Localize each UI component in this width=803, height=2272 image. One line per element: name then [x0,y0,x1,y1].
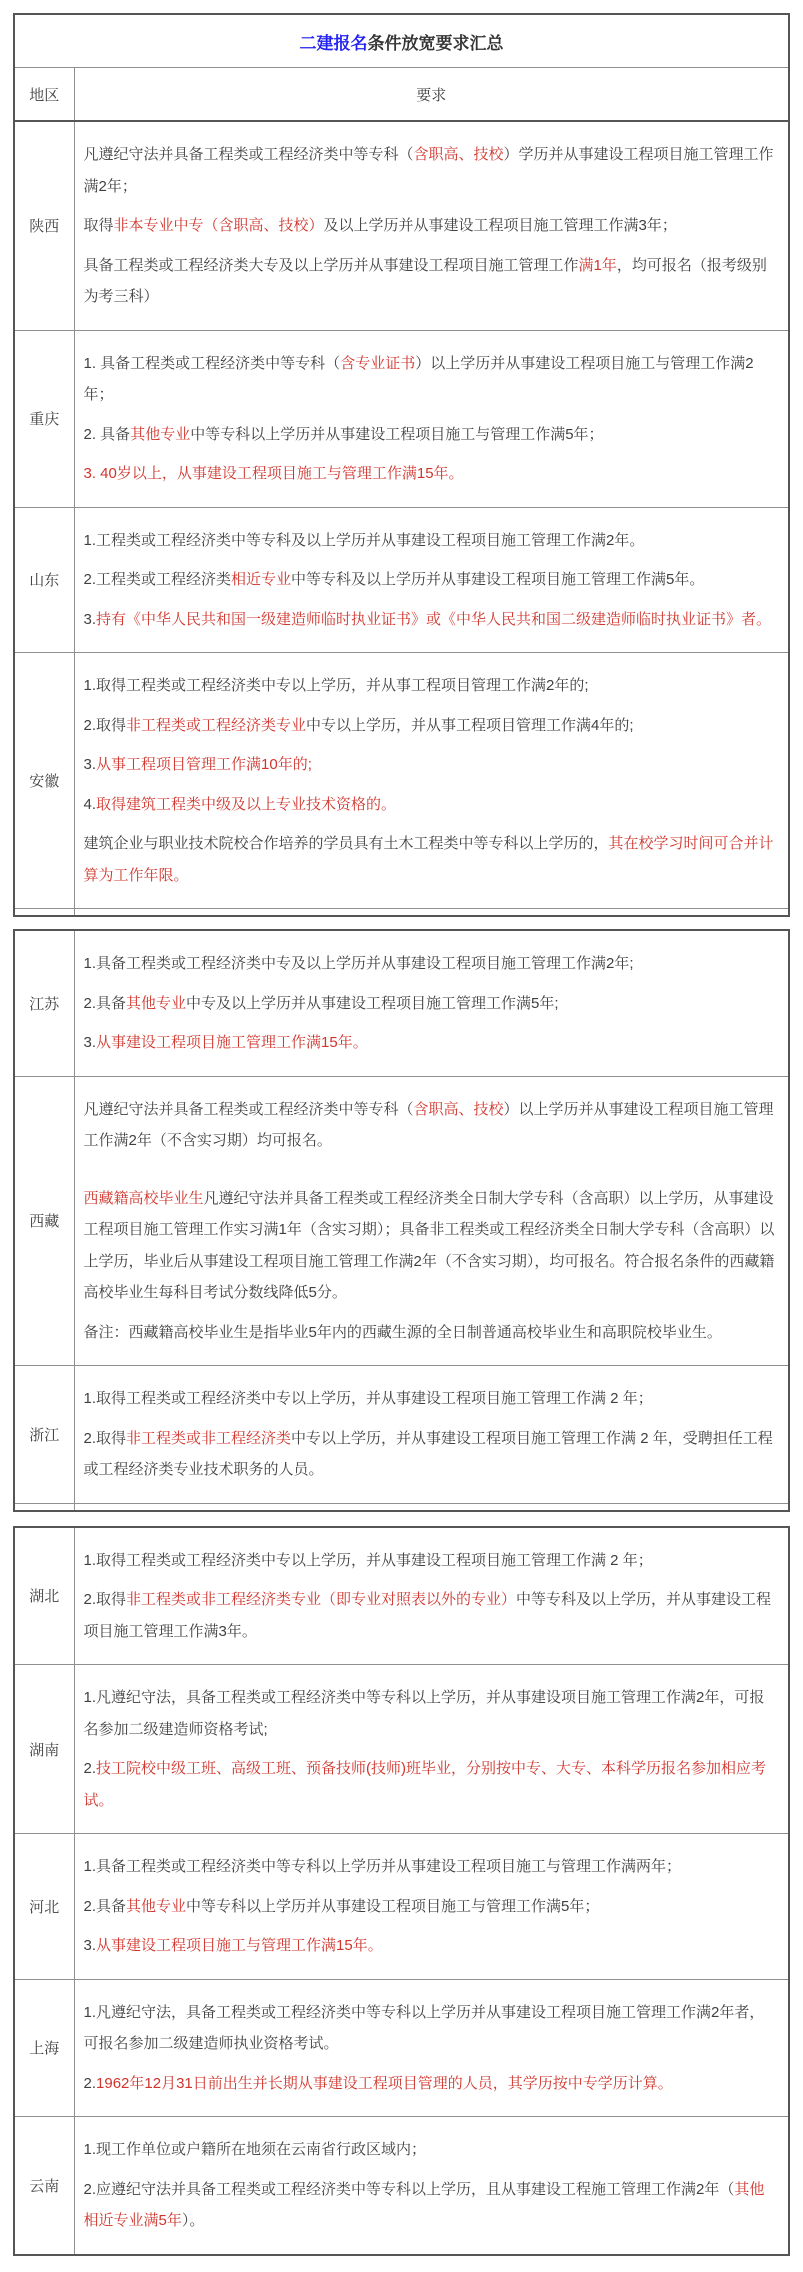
province-row: 重庆1. 具备工程类或工程经济类中等专科（含专业证书）以上学历并从事建设工程项目… [14,330,789,507]
requirement-paragraph: 凡遵纪守法并具备工程类或工程经济类中等专科（含职高、技校）以上学历并从事建设工程… [84,1094,779,1157]
region-name: 安徽 [14,653,74,909]
plain-text: 1.现工作单位或户籍所在地须在云南省行政区域内； [84,2141,427,2158]
province-row: 安徽1.取得工程类或工程经济类中专以上学历，并从事工程项目管理工作满2年的;2.… [14,653,789,909]
highlighted-red-text: 持有《中华人民共和国一级建造师临时执业证书》或《中华人民共和国二级建造师临时执业… [96,611,771,628]
requirement-paragraph: 3.持有《中华人民共和国一级建造师临时执业证书》或《中华人民共和国二级建造师临时… [84,604,779,636]
requirement-paragraph: 1. 具备工程类或工程经济类中等专科（含专业证书）以上学历并从事建设工程项目施工… [84,348,779,411]
province-row: 浙江1.取得工程类或工程经济类中专以上学历，并从事建设工程项目施工管理工作满 2… [14,1366,789,1504]
region-name: 湖北 [14,1527,74,1665]
blank-line [84,1165,779,1175]
requirement-paragraph: 2.1962年12月31日前出生并长期从事建设工程项目管理的人员，其学历按中专学… [84,2068,779,2100]
plain-text: 备注：西藏籍高校毕业生是指毕业5年内的西藏生源的全日制普通高校毕业生和高职院校毕… [84,1324,722,1341]
plain-text: 2.具备 [84,1898,127,1915]
table-title: 二建报名条件放宽要求汇总 [14,14,789,68]
province-row: 江苏1.具备工程类或工程经济类中专及以上学历并从事建设工程项目施工管理工作满2年… [14,930,789,1076]
requirement-paragraph: 3. 40岁以上，从事建设工程项目施工与管理工作满15年。 [84,458,779,490]
region-name: 江苏 [14,930,74,1076]
requirement-paragraph: 具备工程类或工程经济类大专及以上学历并从事建设工程项目施工管理工作满1年，均可报… [84,250,779,313]
highlighted-red-text: 非工程类或非工程经济类专业（即专业对照表以外的专业） [126,1591,516,1608]
plain-text: 3. [84,611,97,628]
highlighted-red-text: 3. 40岁以上，从事建设工程项目施工与管理工作满15年。 [84,465,464,482]
province-row: 上海1.凡遵纪守法，具备工程类或工程经济类中等专科以上学历并从事建设工程项目施工… [14,1979,789,2117]
province-row: 湖北1.取得工程类或工程经济类中专以上学历，并从事建设工程项目施工管理工作满 2… [14,1527,789,1665]
header-region: 地区 [14,68,74,122]
province-row: 云南1.现工作单位或户籍所在地须在云南省行政区域内；2.应遵纪守法并具备工程类或… [14,2117,789,2255]
requirement-paragraph: 建筑企业与职业技术院校合作培养的学员具有土木工程类中等专科以上学历的，其在校学习… [84,828,779,891]
requirement-paragraph: 西藏籍高校毕业生凡遵纪守法并具备工程类或工程经济类全日制大学专科（含高职）以上学… [84,1183,779,1309]
header-row: 地区 要求 [14,68,789,122]
plain-text: 2.取得 [84,717,127,734]
requirement-paragraph: 备注：西藏籍高校毕业生是指毕业5年内的西藏生源的全日制普通高校毕业生和高职院校毕… [84,1317,779,1349]
highlighted-red-text: 含专业证书 [340,355,415,372]
requirement-paragraph: 2.应遵纪守法并具备工程类或工程经济类中等专科以上学历，且从事建设工程施工管理工… [84,2174,779,2237]
requirement-paragraph: 2.取得非工程类或工程经济类专业中专以上学历，并从事工程项目管理工作满4年的; [84,710,779,742]
table-body-3: 湖北1.取得工程类或工程经济类中专以上学历，并从事建设工程项目施工管理工作满 2… [14,1527,789,2255]
empty-row [14,1503,789,1511]
plain-text: 2.取得 [84,1430,127,1447]
plain-text: 2. [84,2075,97,2092]
requirement-cell: 1.具备工程类或工程经济类中等专科以上学历并从事建设工程项目施工与管理工作满两年… [74,1834,789,1980]
plain-text: 3. [84,1034,97,1051]
document: 二建报名条件放宽要求汇总 地区 要求 陕西凡遵纪守法并具备工程类或工程经济类中等… [0,0,803,2272]
requirement-paragraph: 1.现工作单位或户籍所在地须在云南省行政区域内； [84,2134,779,2166]
plain-text: 2.工程类或工程经济类 [84,571,232,588]
plain-text: 1.具备工程类或工程经济类中等专科以上学历并从事建设工程项目施工与管理工作满两年… [84,1858,682,1875]
plain-text: 中等专科以上学历并从事建设工程项目施工与管理工作满5年； [190,426,603,443]
highlighted-red-text: 含职高、技校 [414,1101,504,1118]
requirement-paragraph: 3.从事工程项目管理工作满10年的; [84,749,779,781]
requirement-paragraph: 1.凡遵纪守法，具备工程类或工程经济类中等专科以上学历，并从事建设项目施工管理工… [84,1682,779,1745]
highlighted-red-text: 1962年12月31日前出生并长期从事建设工程项目管理的人员，其学历按中专学历计… [96,2075,673,2092]
plain-text: 1.凡遵纪守法，具备工程类或工程经济类中等专科以上学历，并从事建设项目施工管理工… [84,1689,765,1738]
requirement-paragraph: 3.从事建设工程项目施工与管理工作满15年。 [84,1930,779,1962]
highlighted-red-text: 其他专业 [126,995,186,1012]
summary-table-3: 湖北1.取得工程类或工程经济类中专以上学历，并从事建设工程项目施工管理工作满 2… [13,1526,790,2256]
title-highlight: 二建报名 [300,34,368,53]
plain-text: 建筑企业与职业技术院校合作培养的学员具有土木工程类中等专科以上学历的， [84,835,609,852]
plain-text: 具备工程类或工程经济类大专及以上学历并从事建设工程项目施工管理工作 [84,257,579,274]
plain-text: 3. [84,1937,97,1954]
requirement-cell: 1.工程类或工程经济类中等专科及以上学历并从事建设工程项目施工管理工作满2年。2… [74,507,789,653]
requirement-cell: 凡遵纪守法并具备工程类或工程经济类中等专科（含职高、技校）学历并从事建设工程项目… [74,121,789,330]
plain-text: 1. 具备工程类或工程经济类中等专科（ [84,355,341,372]
region-name: 云南 [14,2117,74,2255]
requirement-cell: 1.现工作单位或户籍所在地须在云南省行政区域内；2.应遵纪守法并具备工程类或工程… [74,2117,789,2255]
requirement-paragraph: 2.取得非工程类或非工程经济类专业（即专业对照表以外的专业）中等专科及以上学历，… [84,1584,779,1647]
region-name: 上海 [14,1979,74,2117]
requirement-cell: 1.取得工程类或工程经济类中专以上学历，并从事建设工程项目施工管理工作满 2 年… [74,1366,789,1504]
plain-text: 2. [84,1760,97,1777]
requirement-cell: 1.凡遵纪守法，具备工程类或工程经济类中等专科以上学历，并从事建设项目施工管理工… [74,1665,789,1834]
plain-text: 2.取得 [84,1591,127,1608]
plain-text: 2. 具备 [84,426,131,443]
highlighted-red-text: 非本专业中专（含职高、技校） [114,217,324,234]
empty-row [14,909,789,917]
requirement-paragraph: 1.凡遵纪守法，具备工程类或工程经济类中等专科以上学历并从事建设工程项目施工管理… [84,1997,779,2060]
region-name: 河北 [14,1834,74,1980]
plain-text: 中专及以上学历并从事建设工程项目施工管理工作满5年; [186,995,559,1012]
plain-text: 1.凡遵纪守法，具备工程类或工程经济类中等专科以上学历并从事建设工程项目施工管理… [84,2004,765,2053]
requirement-paragraph: 1.取得工程类或工程经济类中专以上学历，并从事建设工程项目施工管理工作满 2 年… [84,1545,779,1577]
requirement-paragraph: 2.工程类或工程经济类相近专业中等专科及以上学历并从事建设工程项目施工管理工作满… [84,564,779,596]
region-name: 山东 [14,507,74,653]
requirement-paragraph: 1.具备工程类或工程经济类中等专科以上学历并从事建设工程项目施工与管理工作满两年… [84,1851,779,1883]
highlighted-red-text: 从事工程项目管理工作满10年的; [96,756,312,773]
requirement-paragraph: 取得非本专业中专（含职高、技校）及以上学历并从事建设工程项目施工管理工作满3年； [84,210,779,242]
requirement-cell: 1.取得工程类或工程经济类中专以上学历，并从事工程项目管理工作满2年的;2.取得… [74,653,789,909]
province-row: 湖南1.凡遵纪守法，具备工程类或工程经济类中等专科以上学历，并从事建设项目施工管… [14,1665,789,1834]
requirement-paragraph: 2.具备其他专业中等专科以上学历并从事建设工程项目施工与管理工作满5年； [84,1891,779,1923]
plain-text: 中等专科及以上学历并从事建设工程项目施工管理工作满5年。 [291,571,704,588]
plain-text: 凡遵纪守法并具备工程类或工程经济类中等专科（ [84,1101,414,1118]
highlighted-red-text: 相近专业 [231,571,291,588]
plain-text: 2.具备 [84,995,127,1012]
requirement-paragraph: 凡遵纪守法并具备工程类或工程经济类中等专科（含职高、技校）学历并从事建设工程项目… [84,139,779,202]
summary-table-2: 江苏1.具备工程类或工程经济类中专及以上学历并从事建设工程项目施工管理工作满2年… [13,929,790,1512]
requirement-paragraph: 2.取得非工程类或非工程经济类中专以上学历，并从事建设工程项目施工管理工作满 2… [84,1423,779,1486]
highlighted-red-text: 西藏籍高校毕业生 [84,1190,204,1207]
highlighted-red-text: 含职高、技校 [414,146,504,163]
plain-text: 1.具备工程类或工程经济类中专及以上学历并从事建设工程项目施工管理工作满2年; [84,955,634,972]
requirement-paragraph: 4.取得建筑工程类中级及以上专业技术资格的。 [84,789,779,821]
requirement-paragraph: 2.技工院校中级工班、高级工班、预备技师(技师)班毕业，分别按中专、大专、本科学… [84,1753,779,1816]
plain-text: 4. [84,796,97,813]
plain-text: 3. [84,756,97,773]
plain-text: 及以上学历并从事建设工程项目施工管理工作满3年； [324,217,677,234]
highlighted-red-text: 取得建筑工程类中级及以上专业技术资格的。 [96,796,396,813]
requirement-paragraph: 2.具备其他专业中专及以上学历并从事建设工程项目施工管理工作满5年; [84,988,779,1020]
requirement-cell: 1.具备工程类或工程经济类中专及以上学历并从事建设工程项目施工管理工作满2年;2… [74,930,789,1076]
highlighted-red-text: 满1年 [579,257,617,274]
highlighted-red-text: 非工程类或工程经济类专业 [126,717,306,734]
plain-text: 1.取得工程类或工程经济类中专以上学历，并从事工程项目管理工作满2年的; [84,677,589,694]
requirement-paragraph: 1.取得工程类或工程经济类中专以上学历，并从事建设工程项目施工管理工作满 2 年… [84,1383,779,1415]
highlighted-red-text: 从事建设工程项目施工与管理工作满15年。 [96,1937,383,1954]
province-row: 山东1.工程类或工程经济类中等专科及以上学历并从事建设工程项目施工管理工作满2年… [14,507,789,653]
requirement-paragraph: 1.具备工程类或工程经济类中专及以上学历并从事建设工程项目施工管理工作满2年; [84,948,779,980]
province-row: 西藏凡遵纪守法并具备工程类或工程经济类中等专科（含职高、技校）以上学历并从事建设… [14,1076,789,1366]
summary-table-1: 二建报名条件放宽要求汇总 地区 要求 陕西凡遵纪守法并具备工程类或工程经济类中等… [13,13,790,917]
region-name: 浙江 [14,1366,74,1504]
province-row: 陕西凡遵纪守法并具备工程类或工程经济类中等专科（含职高、技校）学历并从事建设工程… [14,121,789,330]
requirement-cell: 1.凡遵纪守法，具备工程类或工程经济类中等专科以上学历并从事建设工程项目施工管理… [74,1979,789,2117]
requirement-paragraph: 1.取得工程类或工程经济类中专以上学历，并从事工程项目管理工作满2年的; [84,670,779,702]
region-name: 重庆 [14,330,74,507]
requirement-cell: 1. 具备工程类或工程经济类中等专科（含专业证书）以上学历并从事建设工程项目施工… [74,330,789,507]
region-name: 陕西 [14,121,74,330]
highlighted-red-text: 其他专业 [130,426,190,443]
highlighted-red-text: 非工程类或非工程经济类 [126,1430,291,1447]
plain-text: 1.取得工程类或工程经济类中专以上学历，并从事建设工程项目施工管理工作满 2 年… [84,1552,653,1569]
requirement-paragraph: 1.工程类或工程经济类中等专科及以上学历并从事建设工程项目施工管理工作满2年。 [84,525,779,557]
header-requirement: 要求 [74,68,789,122]
plain-text: 取得 [84,217,114,234]
plain-text: 1.工程类或工程经济类中等专科及以上学历并从事建设工程项目施工管理工作满2年。 [84,532,645,549]
province-row: 河北1.具备工程类或工程经济类中等专科以上学历并从事建设工程项目施工与管理工作满… [14,1834,789,1980]
plain-text: ）。 [182,2212,205,2229]
highlighted-red-text: 其他专业 [126,1898,186,1915]
plain-text: 2.应遵纪守法并具备工程类或工程经济类中等专科以上学历，且从事建设工程施工管理工… [84,2181,735,2198]
requirement-paragraph: 2. 具备其他专业中等专科以上学历并从事建设工程项目施工与管理工作满5年； [84,419,779,451]
requirement-cell: 1.取得工程类或工程经济类中专以上学历，并从事建设工程项目施工管理工作满 2 年… [74,1527,789,1665]
plain-text: 中专以上学历，并从事工程项目管理工作满4年的; [306,717,634,734]
highlighted-red-text: 从事建设工程项目施工管理工作满15年。 [96,1034,368,1051]
plain-text: 中等专科以上学历并从事建设工程项目施工与管理工作满5年； [186,1898,599,1915]
region-name: 湖南 [14,1665,74,1834]
requirement-cell: 凡遵纪守法并具备工程类或工程经济类中等专科（含职高、技校）以上学历并从事建设工程… [74,1076,789,1366]
title-rest: 条件放宽要求汇总 [368,34,504,53]
highlighted-red-text: 技工院校中级工班、高级工班、预备技师(技师)班毕业，分别按中专、大专、本科学历报… [84,1760,767,1809]
region-name: 西藏 [14,1076,74,1366]
table-body-1: 陕西凡遵纪守法并具备工程类或工程经济类中等专科（含职高、技校）学历并从事建设工程… [14,121,789,909]
plain-text: 凡遵纪守法并具备工程类或工程经济类中等专科（ [84,146,414,163]
title-row: 二建报名条件放宽要求汇总 [14,14,789,68]
table-body-2: 江苏1.具备工程类或工程经济类中专及以上学历并从事建设工程项目施工管理工作满2年… [14,930,789,1503]
requirement-paragraph: 3.从事建设工程项目施工管理工作满15年。 [84,1027,779,1059]
plain-text: 1.取得工程类或工程经济类中专以上学历，并从事建设工程项目施工管理工作满 2 年… [84,1390,653,1407]
